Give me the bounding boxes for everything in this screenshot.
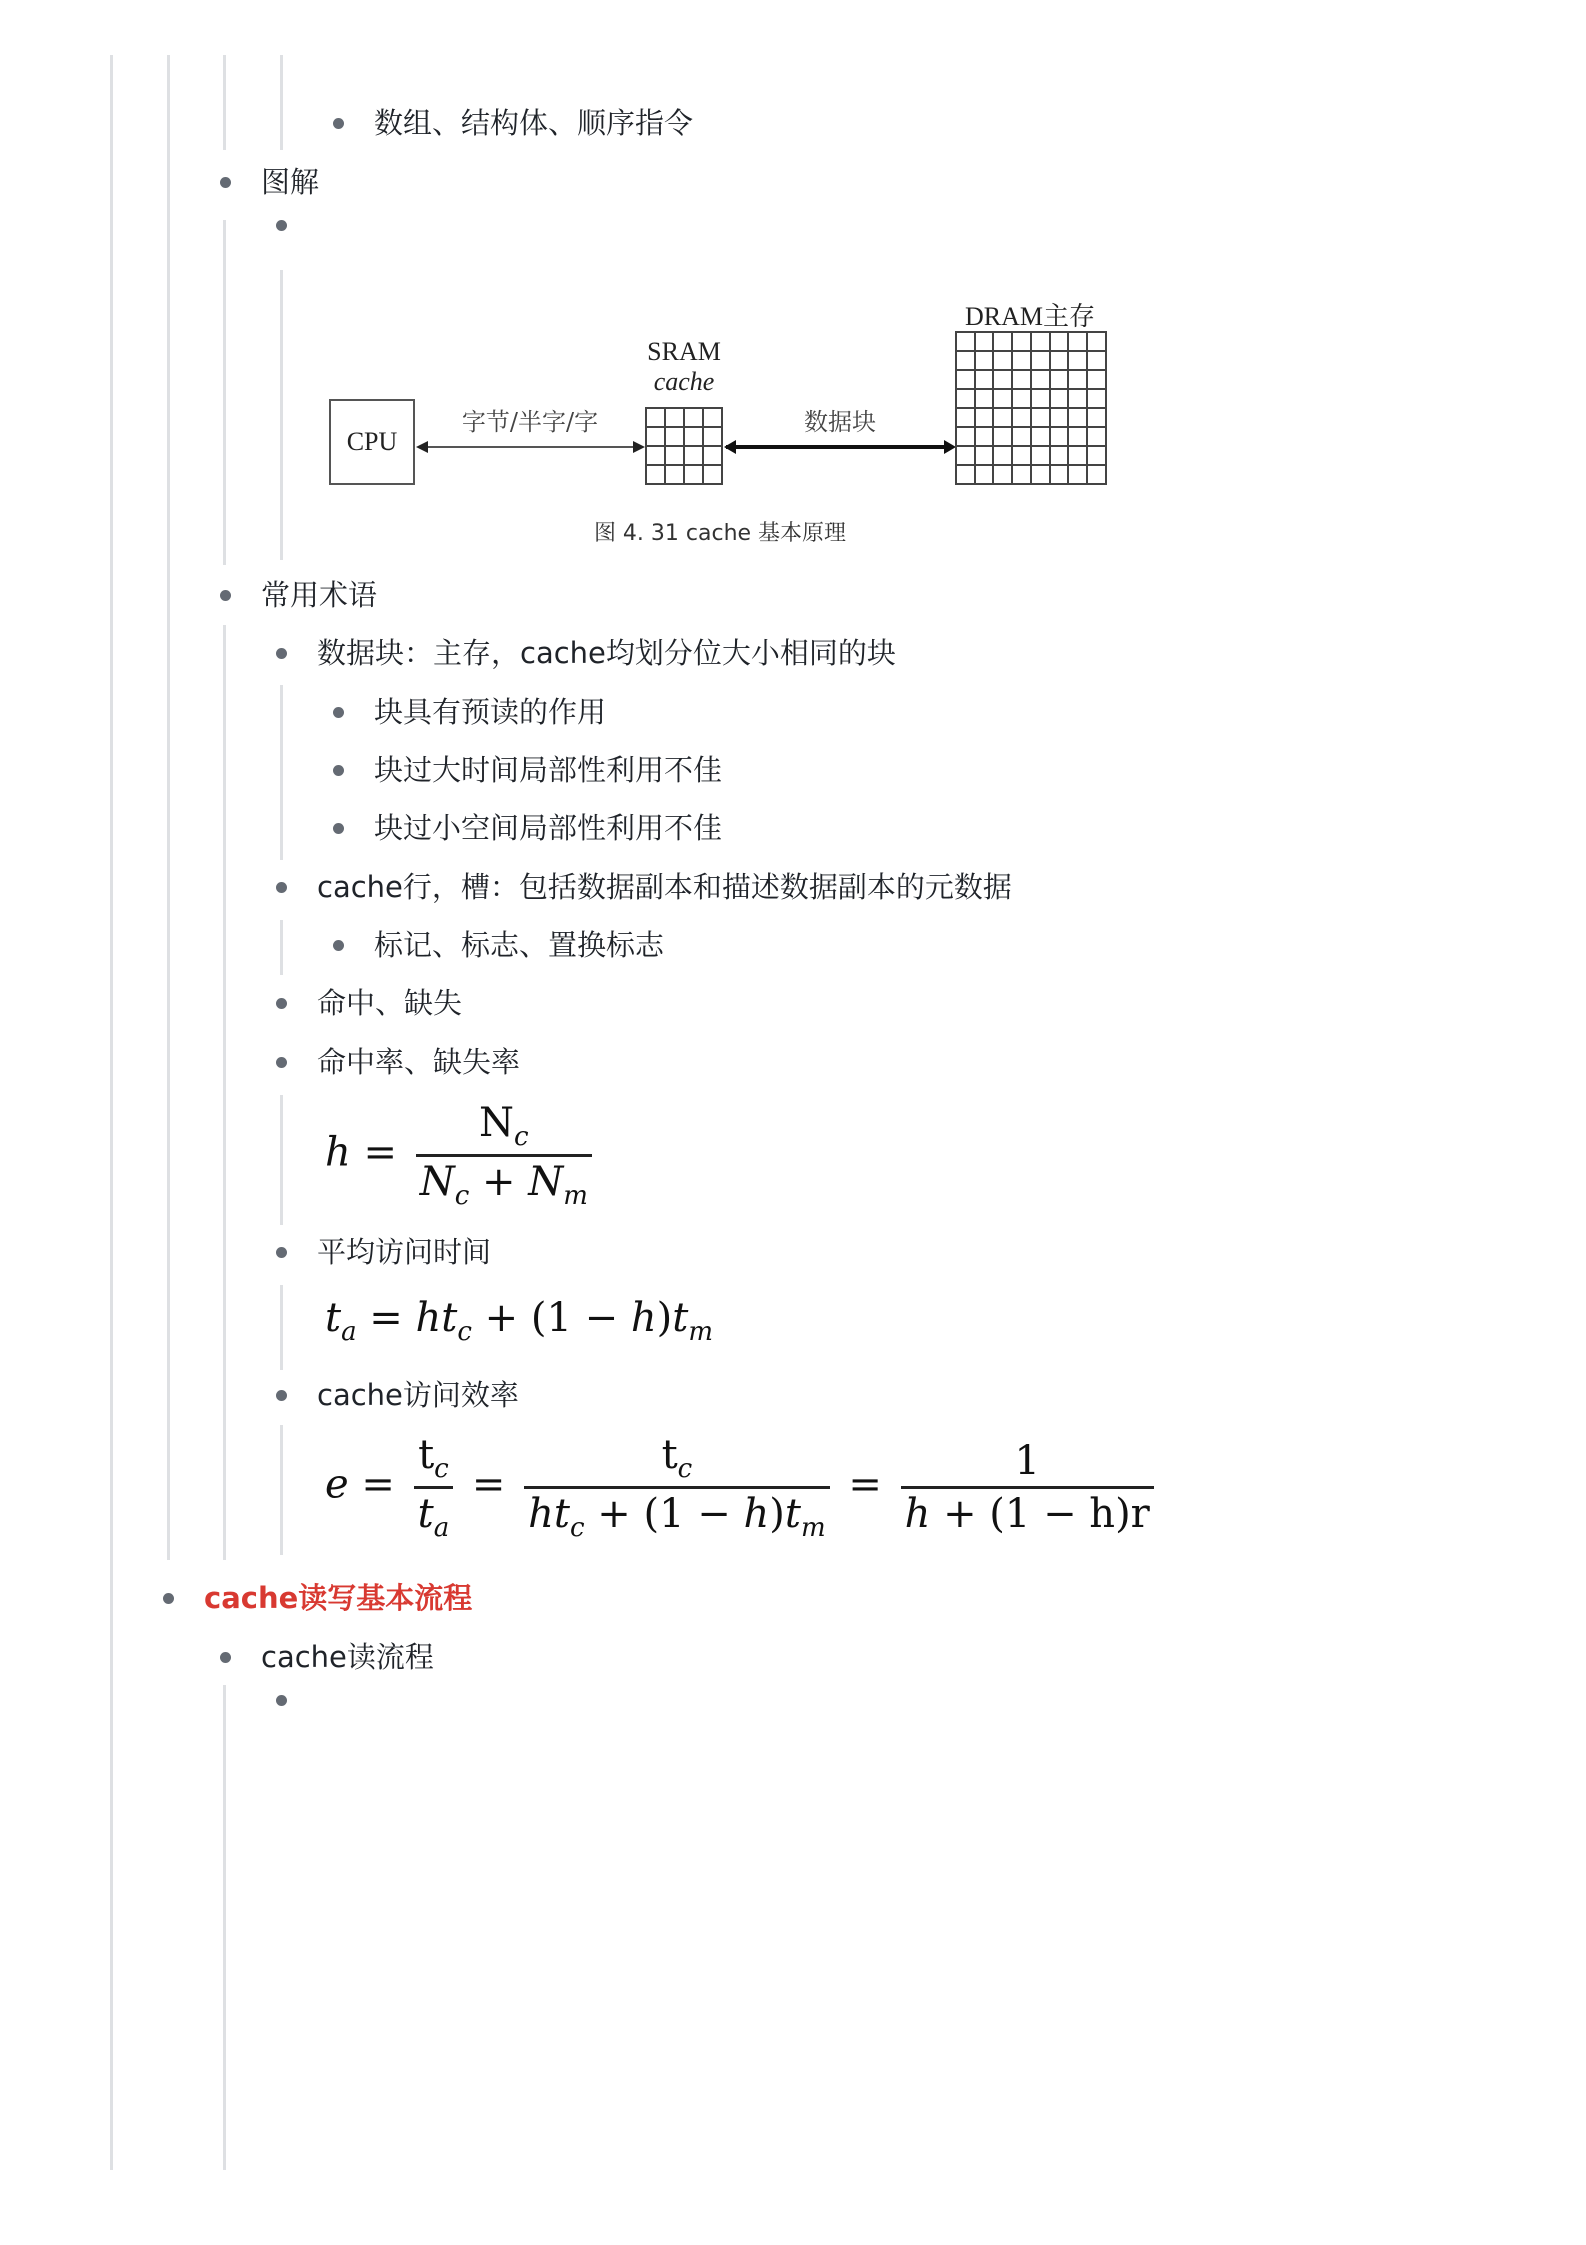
hit-rate-formula: h = NcNc + Nm	[325, 1100, 598, 1211]
list-item-text: 标记、标志、置换标志	[374, 925, 664, 965]
list-item: 命中、缺失	[276, 983, 462, 1023]
list-item: cache行，槽：包括数据副本和描述数据副本的元数据	[276, 867, 1012, 907]
list-item-text: 常用术语	[261, 575, 377, 615]
cpu-label: CPU	[347, 427, 398, 456]
list-item	[276, 220, 317, 231]
indent-guide-terms	[223, 625, 226, 1560]
list-item: 标记、标志、置换标志	[333, 925, 664, 965]
list-item-text: 块具有预读的作用	[374, 692, 606, 732]
indent-guide-diagram	[223, 220, 226, 565]
dram-grid	[956, 332, 1106, 484]
list-item	[276, 1695, 317, 1706]
bullet-icon	[276, 1695, 287, 1706]
bullet-icon	[333, 940, 344, 951]
indent-guide-avg-formula	[280, 1285, 283, 1370]
list-item-text: 块过小空间局部性利用不佳	[374, 808, 722, 848]
bullet-icon	[333, 707, 344, 718]
section-heading-rw: cache读写基本流程	[163, 1578, 472, 1618]
indent-guide-l4	[280, 55, 283, 150]
bullet-icon	[276, 648, 287, 659]
indent-guide-read	[223, 1685, 226, 2170]
indent-guide-l1	[110, 55, 113, 2170]
avg-access-time-formula: ta = htc + (1 − h)tm	[325, 1295, 713, 1347]
dram-label: DRAM主存	[965, 302, 1095, 331]
data-block-label: 数据块	[804, 408, 876, 436]
list-item: 图解	[220, 162, 319, 202]
list-item: cache读流程	[220, 1637, 434, 1677]
efficiency-formula: e = tcta = tchtc + (1 − h)tm = 1h + (1 −…	[325, 1432, 1160, 1543]
bullet-icon	[220, 1652, 231, 1663]
indent-guide-l2	[167, 55, 170, 1560]
bullet-icon	[276, 1390, 287, 1401]
indent-guide-hitrate-formula	[280, 1095, 283, 1225]
list-item: 数组、结构体、顺序指令	[333, 103, 693, 143]
list-item-text: cache读流程	[261, 1637, 434, 1677]
indent-guide-l3	[223, 55, 226, 150]
list-item: 命中率、缺失率	[276, 1042, 520, 1082]
bullet-icon	[333, 823, 344, 834]
list-item-text: 数据块：主存，cache均划分位大小相同的块	[317, 633, 896, 673]
list-item: 块过小空间局部性利用不佳	[333, 808, 722, 848]
indent-guide-line	[280, 920, 283, 975]
bullet-icon	[276, 1057, 287, 1068]
sram-grid	[646, 408, 722, 484]
list-item-text: 平均访问时间	[317, 1232, 491, 1272]
cache-diagram-figure: CPU 字节/半字/字 SRAM cache 数据块 DRAM主存 图 4. 3…	[300, 290, 1160, 560]
list-item: cache访问效率	[276, 1375, 519, 1415]
bullet-icon	[276, 1247, 287, 1258]
bullet-icon	[333, 118, 344, 129]
bullet-icon	[333, 765, 344, 776]
list-item-text: cache读写基本流程	[204, 1578, 472, 1618]
figure-caption: 图 4. 31 cache 基本原理	[594, 521, 846, 546]
bullet-icon	[276, 220, 287, 231]
indent-guide-figure	[280, 270, 283, 560]
list-item-text: 数组、结构体、顺序指令	[374, 103, 693, 143]
list-item-text: cache行，槽：包括数据副本和描述数据副本的元数据	[317, 867, 1012, 907]
list-item-text: 命中率、缺失率	[317, 1042, 520, 1082]
list-item-text: cache访问效率	[317, 1375, 519, 1415]
list-item-text: 命中、缺失	[317, 983, 462, 1023]
indent-guide-eff-formula	[280, 1425, 283, 1555]
bytes-label: 字节/半字/字	[462, 408, 598, 436]
cache-label: cache	[654, 367, 715, 396]
bullet-icon	[276, 998, 287, 1009]
bullet-icon	[220, 177, 231, 188]
sram-label: SRAM	[647, 337, 721, 366]
indent-guide-block	[280, 685, 283, 860]
list-item: 数据块：主存，cache均划分位大小相同的块	[276, 633, 896, 673]
list-item: 常用术语	[220, 575, 377, 615]
list-item: 块具有预读的作用	[333, 692, 606, 732]
list-item-text: 图解	[261, 162, 319, 202]
bullet-icon	[220, 590, 231, 601]
list-item: 块过大时间局部性利用不佳	[333, 750, 722, 790]
list-item-text: 块过大时间局部性利用不佳	[374, 750, 722, 790]
bullet-icon	[163, 1593, 174, 1604]
list-item: 平均访问时间	[276, 1232, 491, 1272]
bullet-icon	[276, 882, 287, 893]
